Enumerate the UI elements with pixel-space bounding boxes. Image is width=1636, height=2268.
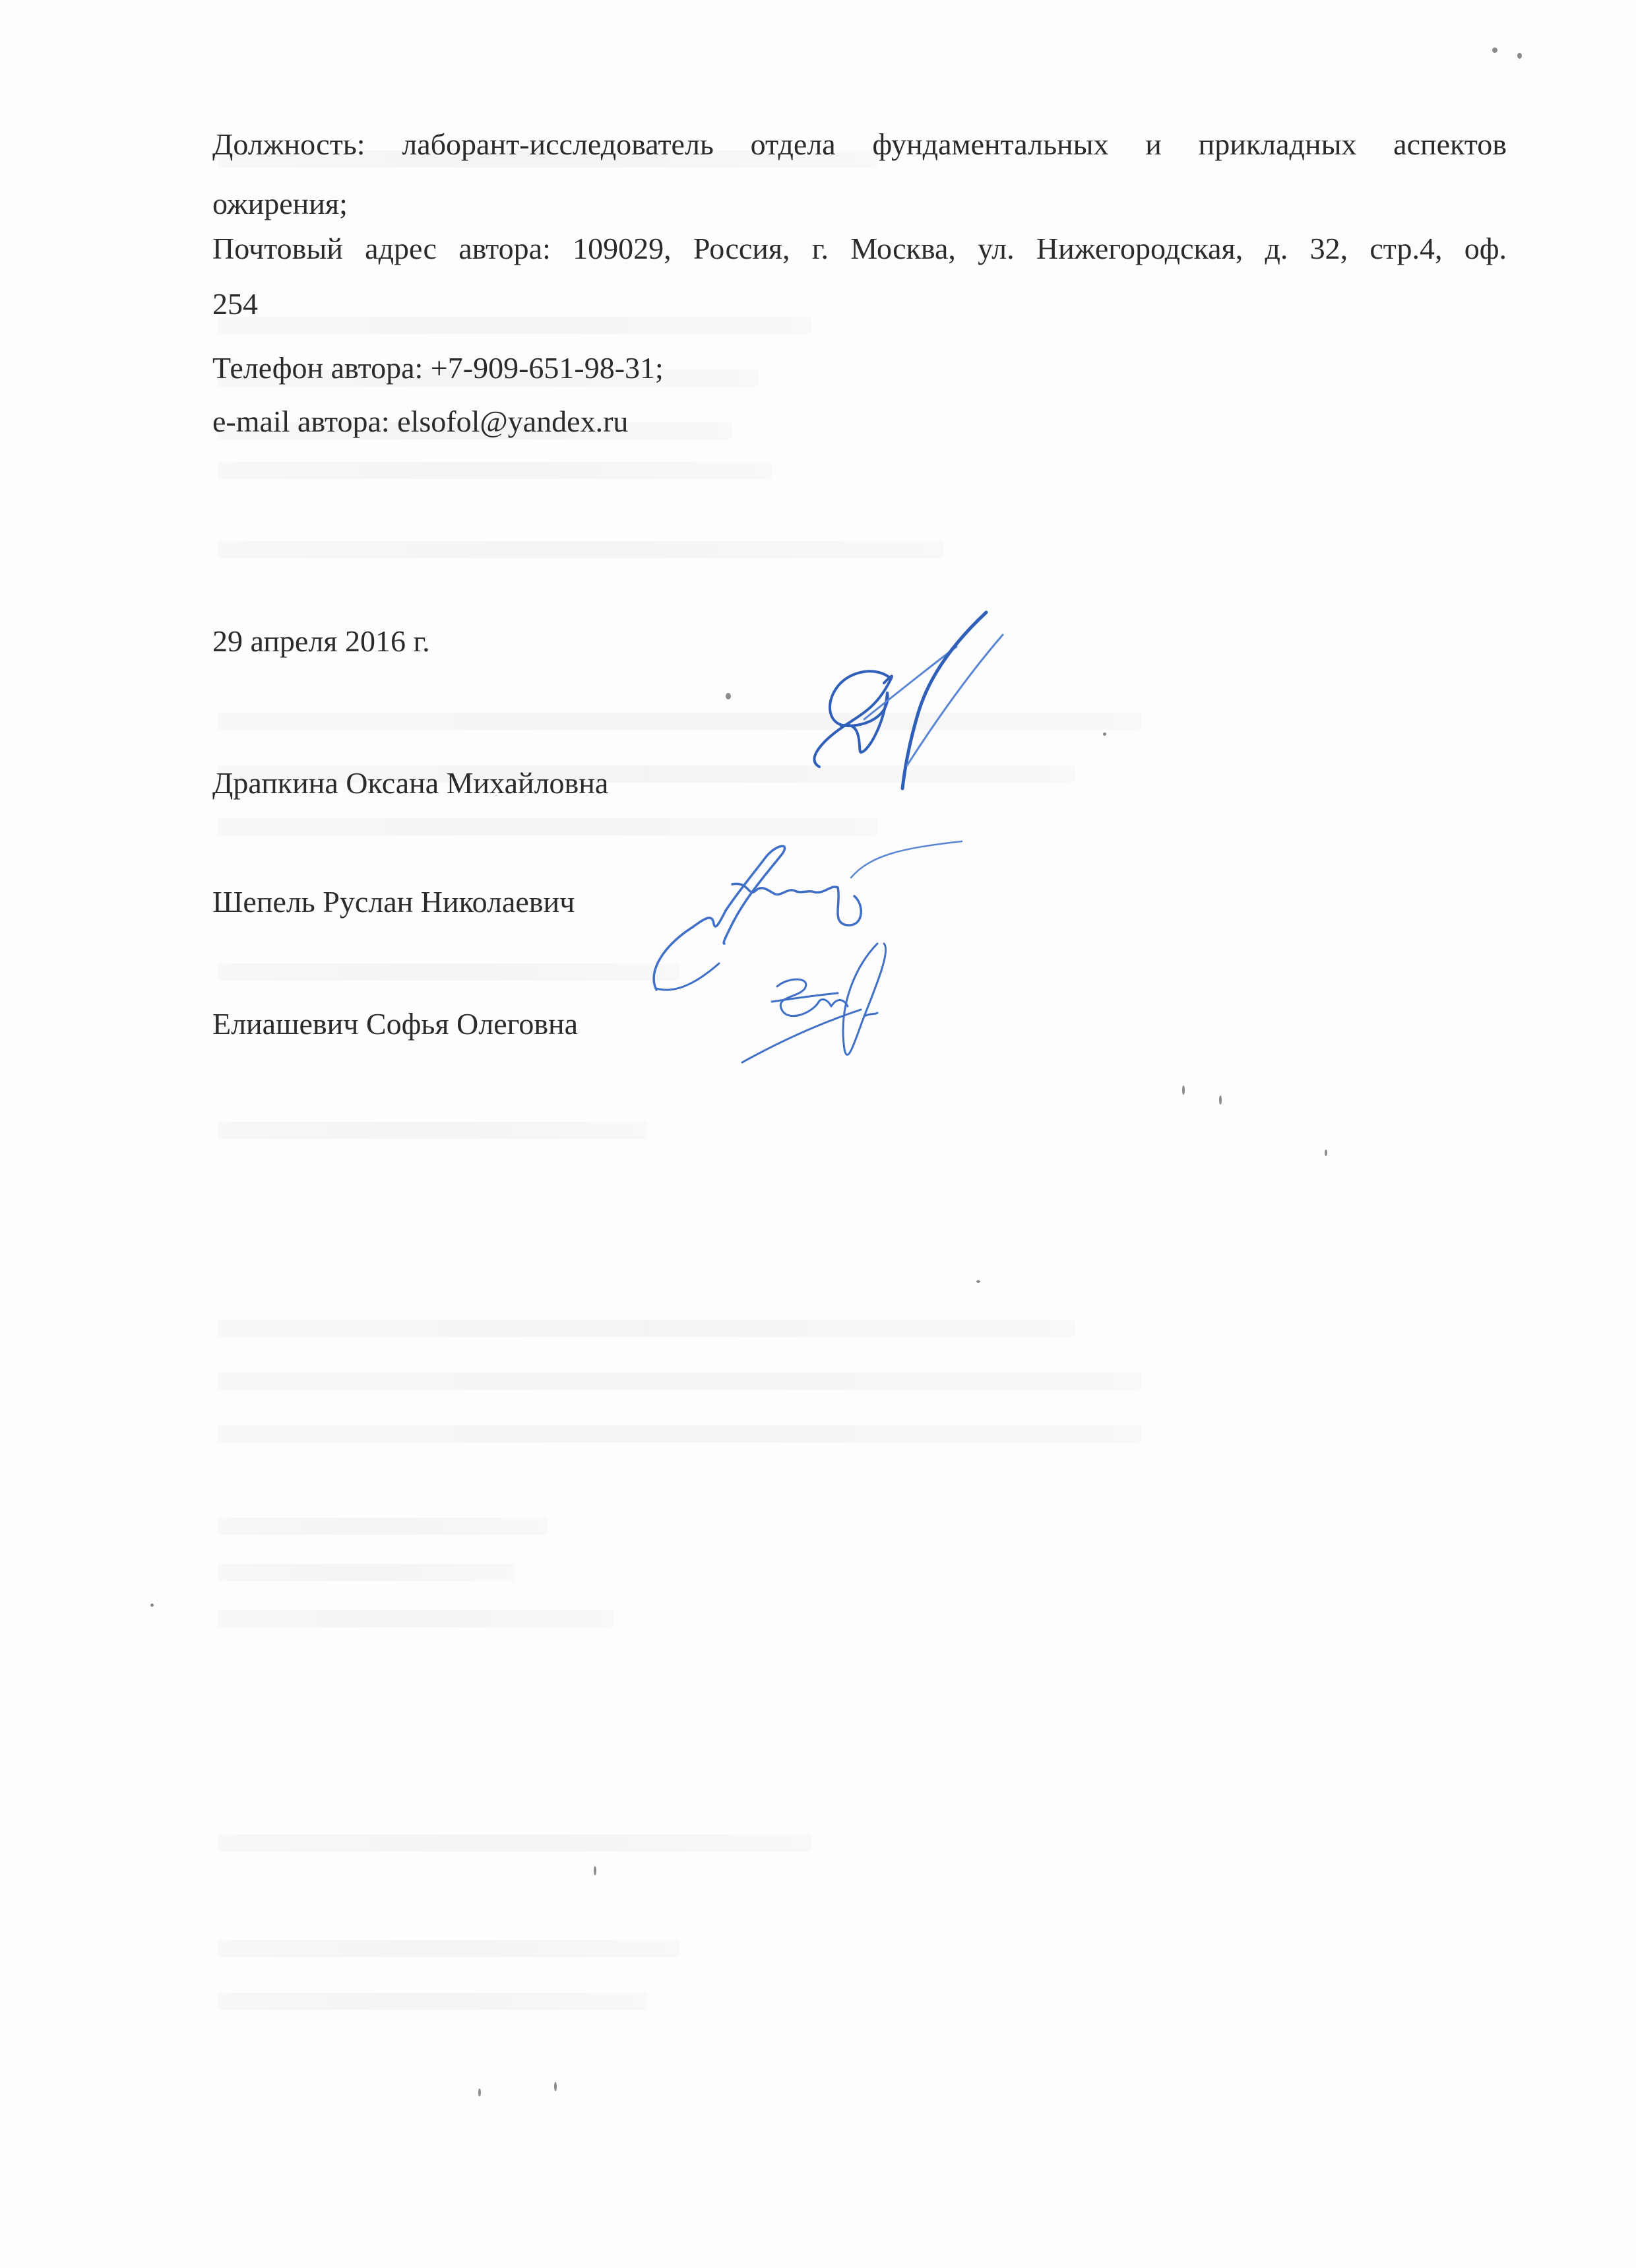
scanned-page: Должность: лаборант-исследователь отдела…	[0, 0, 1636, 2268]
scan-ghost-line	[218, 1373, 1141, 1390]
scan-ghost-line	[218, 1425, 1141, 1442]
scan-ghost-line	[218, 1834, 811, 1852]
scan-speck	[1517, 53, 1522, 59]
author-phone: Телефон автора: +7-909-651-98-31;	[212, 350, 664, 385]
signature-stroke	[851, 841, 962, 878]
postal-address-continued: 254	[212, 286, 258, 321]
signature-stroke	[902, 612, 986, 789]
scan-speck	[1492, 48, 1497, 53]
signatory-name-1: Драпкина Оксана Михайловна	[212, 765, 608, 800]
position-line-continued: ожирения;	[212, 186, 348, 221]
signature-stroke	[838, 888, 861, 925]
scan-ghost-line	[218, 1122, 646, 1139]
signature-3	[706, 937, 970, 1069]
position-value: лаборант-исследователь отдела фундамента…	[402, 127, 1507, 161]
scan-ghost-line	[218, 317, 811, 334]
scan-speck	[976, 1280, 980, 1283]
scan-speck	[1219, 1095, 1222, 1105]
position-line: Должность: лаборант-исследователь отдела…	[212, 129, 1507, 160]
position-label: Должность:	[212, 127, 365, 161]
signature-1	[778, 594, 1042, 805]
scan-speck	[726, 693, 731, 699]
scan-speck	[1325, 1150, 1327, 1156]
scan-speck	[478, 2089, 481, 2096]
scan-ghost-line	[218, 1320, 1075, 1337]
scan-ghost-line	[218, 963, 679, 981]
scan-ghost-line	[218, 541, 943, 558]
scan-speck	[594, 1866, 596, 1875]
postal-address: Почтовый адрес автора: 109029, Россия, г…	[212, 234, 1507, 264]
signatory-name-2: Шепель Руслан Николаевич	[212, 884, 575, 919]
signature-stroke	[732, 884, 838, 894]
scan-ghost-line	[218, 1993, 646, 2010]
scan-ghost-line	[218, 1610, 613, 1627]
scan-speck	[1103, 732, 1106, 736]
author-email[interactable]: e-mail автора: elsofol@yandex.ru	[212, 404, 628, 439]
scan-speck	[150, 1604, 154, 1607]
signature-stroke	[818, 1000, 848, 1006]
signatory-name-3: Елиашевич Софья Олеговна	[212, 1006, 578, 1041]
scan-ghost-line	[218, 1940, 679, 1957]
scan-speck	[554, 2082, 557, 2091]
signature-stroke	[864, 647, 957, 719]
scan-speck	[1182, 1085, 1185, 1095]
scan-ghost-line	[218, 462, 772, 479]
scan-ghost-line	[218, 1564, 515, 1581]
document-date: 29 апреля 2016 г.	[212, 624, 430, 659]
signature-stroke	[843, 944, 886, 1054]
scan-ghost-line	[218, 1518, 548, 1535]
